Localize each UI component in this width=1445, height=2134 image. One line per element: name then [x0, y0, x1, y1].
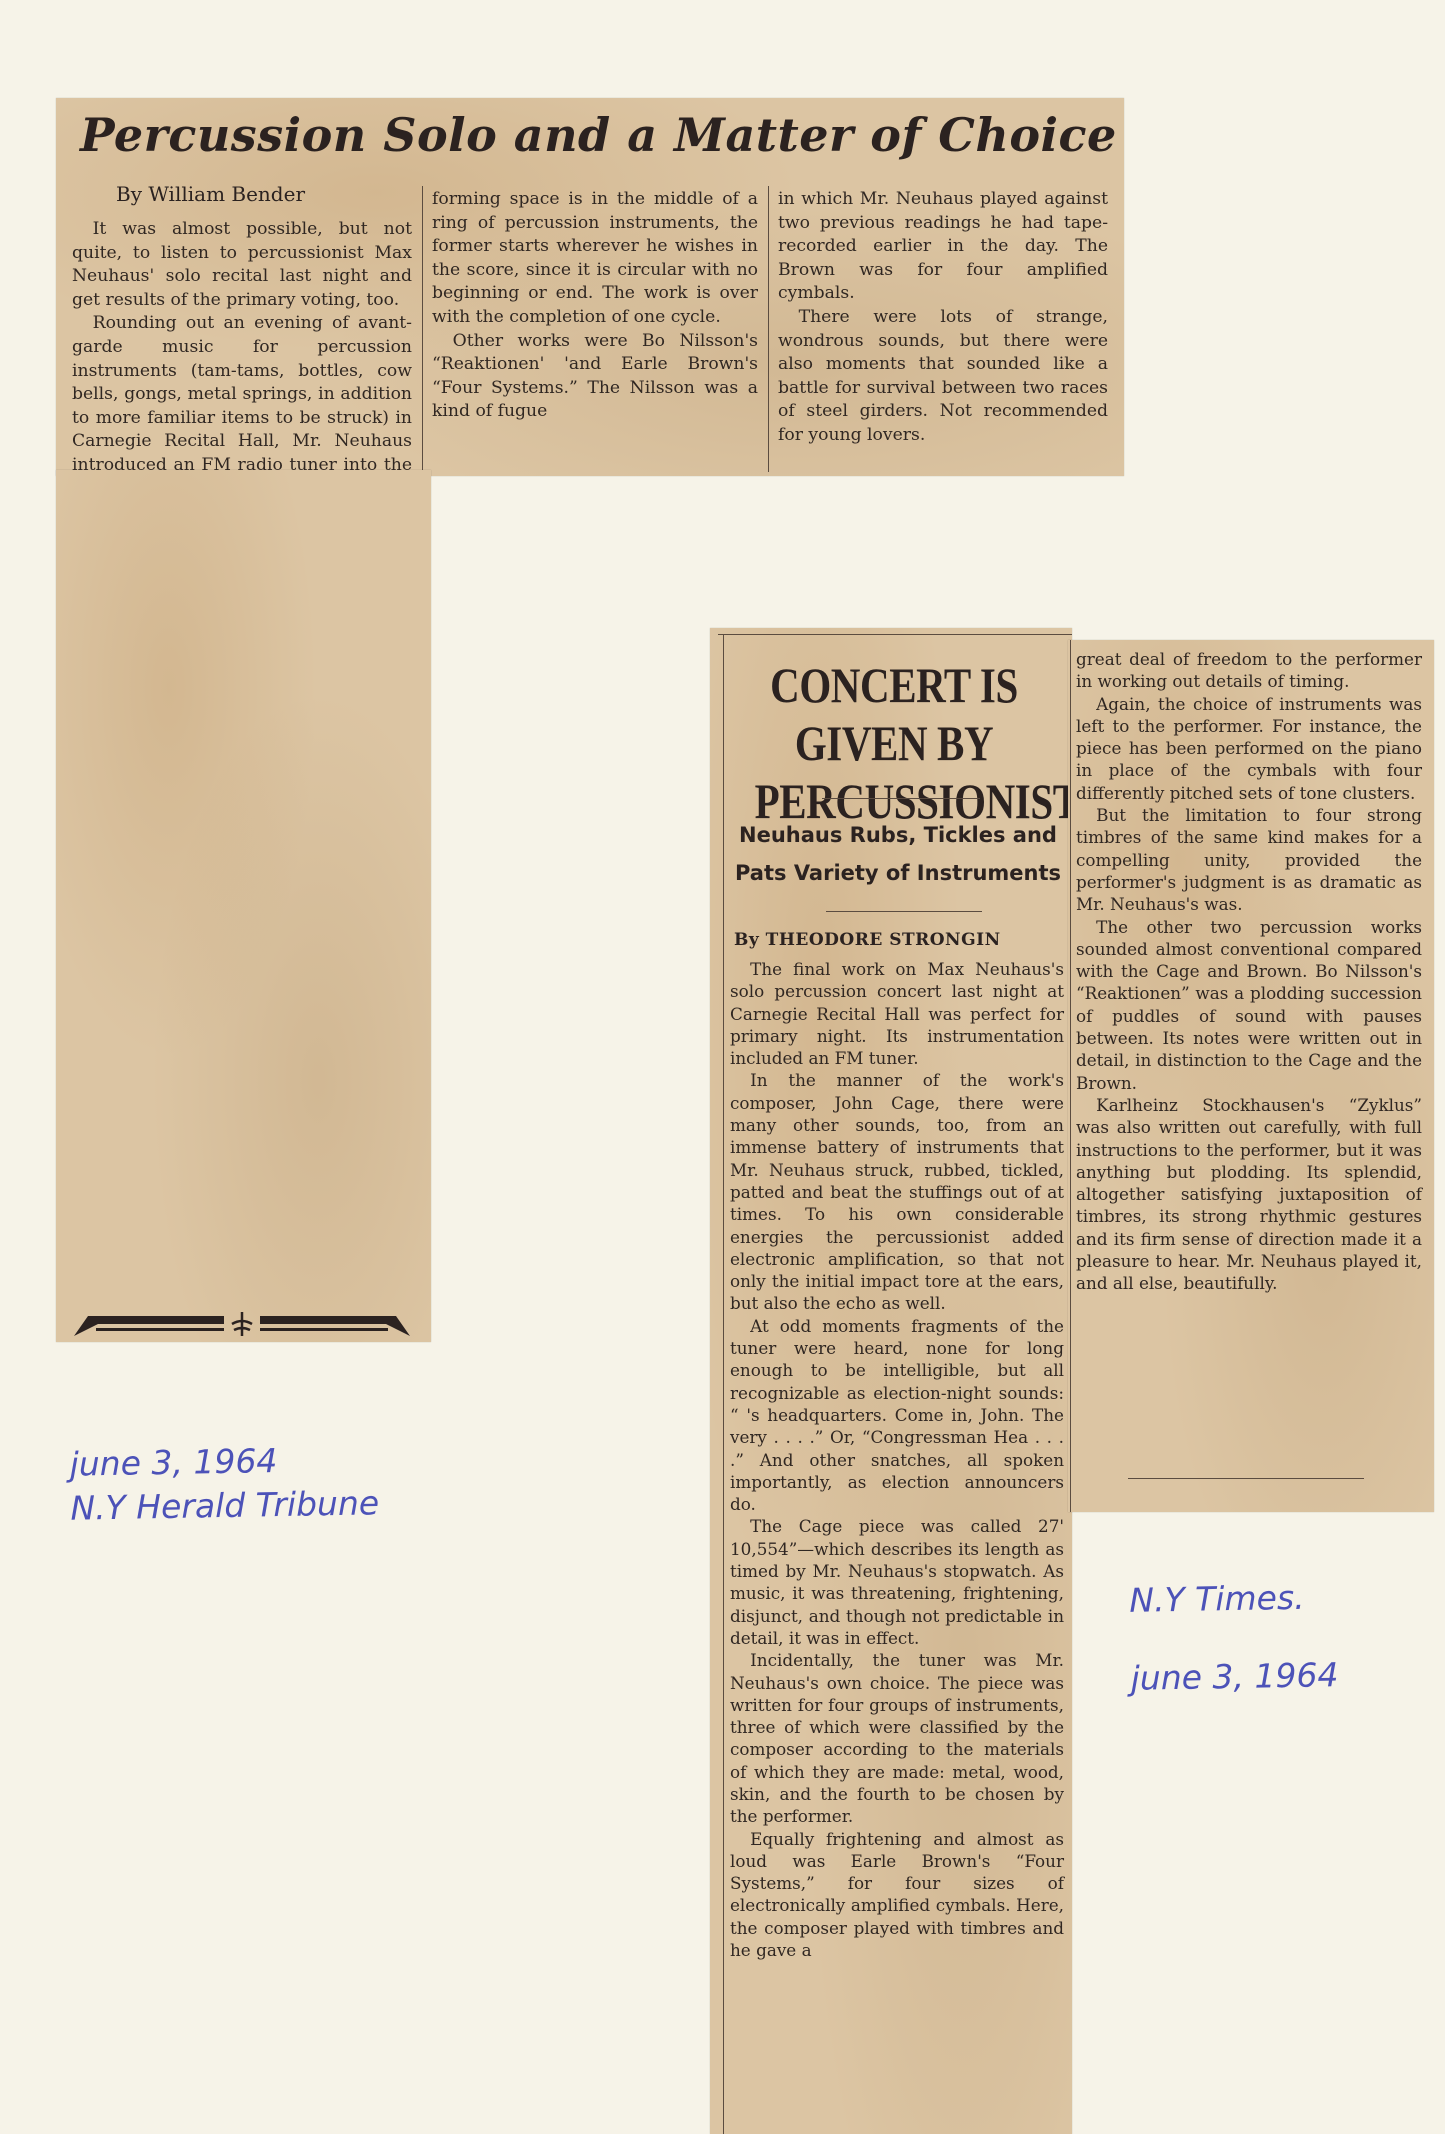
ny-times-clipping-continued: great deal of freedom to the performer i… — [1068, 640, 1434, 1512]
herald-tribune-column-3: in which Mr. Neuhaus played against two … — [778, 188, 1108, 448]
herald-tribune-clipping-bottom — [56, 470, 431, 1342]
end-rule — [1128, 1478, 1364, 1479]
ny-times-subheadline: Neuhaus Rubs, Tickles and Pats Variety o… — [726, 816, 1070, 892]
paragraph: But the limitation to four strong timbre… — [1076, 804, 1422, 915]
paragraph: It was almost possible, but not quite, t… — [72, 218, 412, 312]
handwritten-date: june 3, 1964 — [1130, 1636, 1339, 1718]
paragraph: The Cage piece was called 27' 10,554”—wh… — [730, 1515, 1064, 1649]
paragraph: There were lots of strange, wondrous sou… — [778, 306, 1108, 448]
column-divider — [422, 186, 423, 472]
herald-tribune-column-2: forming space is in the middle of a ring… — [432, 188, 758, 424]
paragraph: forming space is in the middle of a ring… — [432, 188, 758, 330]
paragraph: The other two percussion works sounded a… — [1076, 916, 1422, 1094]
paragraph: great deal of freedom to the performer i… — [1076, 648, 1422, 693]
subheadline-rule — [826, 911, 982, 912]
herald-tribune-headline: Percussion Solo and a Matter of Choice — [80, 108, 1117, 162]
paragraph: Other works were Bo Nilsson's “Reaktione… — [432, 330, 758, 424]
handwritten-source: N.Y Times. — [1129, 1558, 1338, 1640]
paragraph: Incidentally, the tuner was Mr. Neuhaus'… — [730, 1649, 1064, 1827]
handwritten-note-herald-tribune: june 3, 1964 N.Y Herald Tribune — [69, 1437, 379, 1530]
column-rule — [723, 634, 724, 2134]
column-rule — [1070, 640, 1071, 1512]
ny-times-column-1: The final work on Max Neuhaus's solo per… — [730, 958, 1064, 1961]
herald-tribune-byline: By William Bender — [116, 182, 305, 206]
paragraph: At odd moments fragments of the tuner we… — [730, 1315, 1064, 1516]
herald-tribune-clipping-top: Percussion Solo and a Matter of Choice B… — [56, 98, 1124, 476]
paragraph: In the manner of the work's composer, Jo… — [730, 1069, 1064, 1314]
ny-times-headline: CONCERT IS GIVEN BY PERCUSSIONIST — [755, 656, 1034, 830]
handwritten-date: june 3, 1964 — [69, 1437, 378, 1486]
paragraph: Equally frightening and almost as loud w… — [730, 1828, 1064, 1962]
paragraph: The final work on Max Neuhaus's solo per… — [730, 958, 1064, 1069]
top-rule — [718, 634, 1072, 635]
paragraph: Karlheinz Stockhausen's “Zyklus” was als… — [1076, 1094, 1422, 1295]
handwritten-note-ny-times: N.Y Times. june 3, 1964 — [1129, 1558, 1339, 1718]
paragraph: in which Mr. Neuhaus played against two … — [778, 188, 1108, 306]
headline-rule — [822, 798, 980, 799]
ornament-divider-icon — [74, 1310, 410, 1336]
handwritten-source: N.Y Herald Tribune — [70, 1481, 379, 1530]
paragraph: Again, the choice of instruments was lef… — [1076, 693, 1422, 804]
ny-times-clipping-main: CONCERT IS GIVEN BY PERCUSSIONIST Neuhau… — [710, 628, 1072, 2134]
ny-times-byline: By THEODORE STRONGIN — [734, 930, 1001, 950]
ny-times-column-2: great deal of freedom to the performer i… — [1076, 648, 1422, 1295]
column-divider — [768, 186, 769, 472]
